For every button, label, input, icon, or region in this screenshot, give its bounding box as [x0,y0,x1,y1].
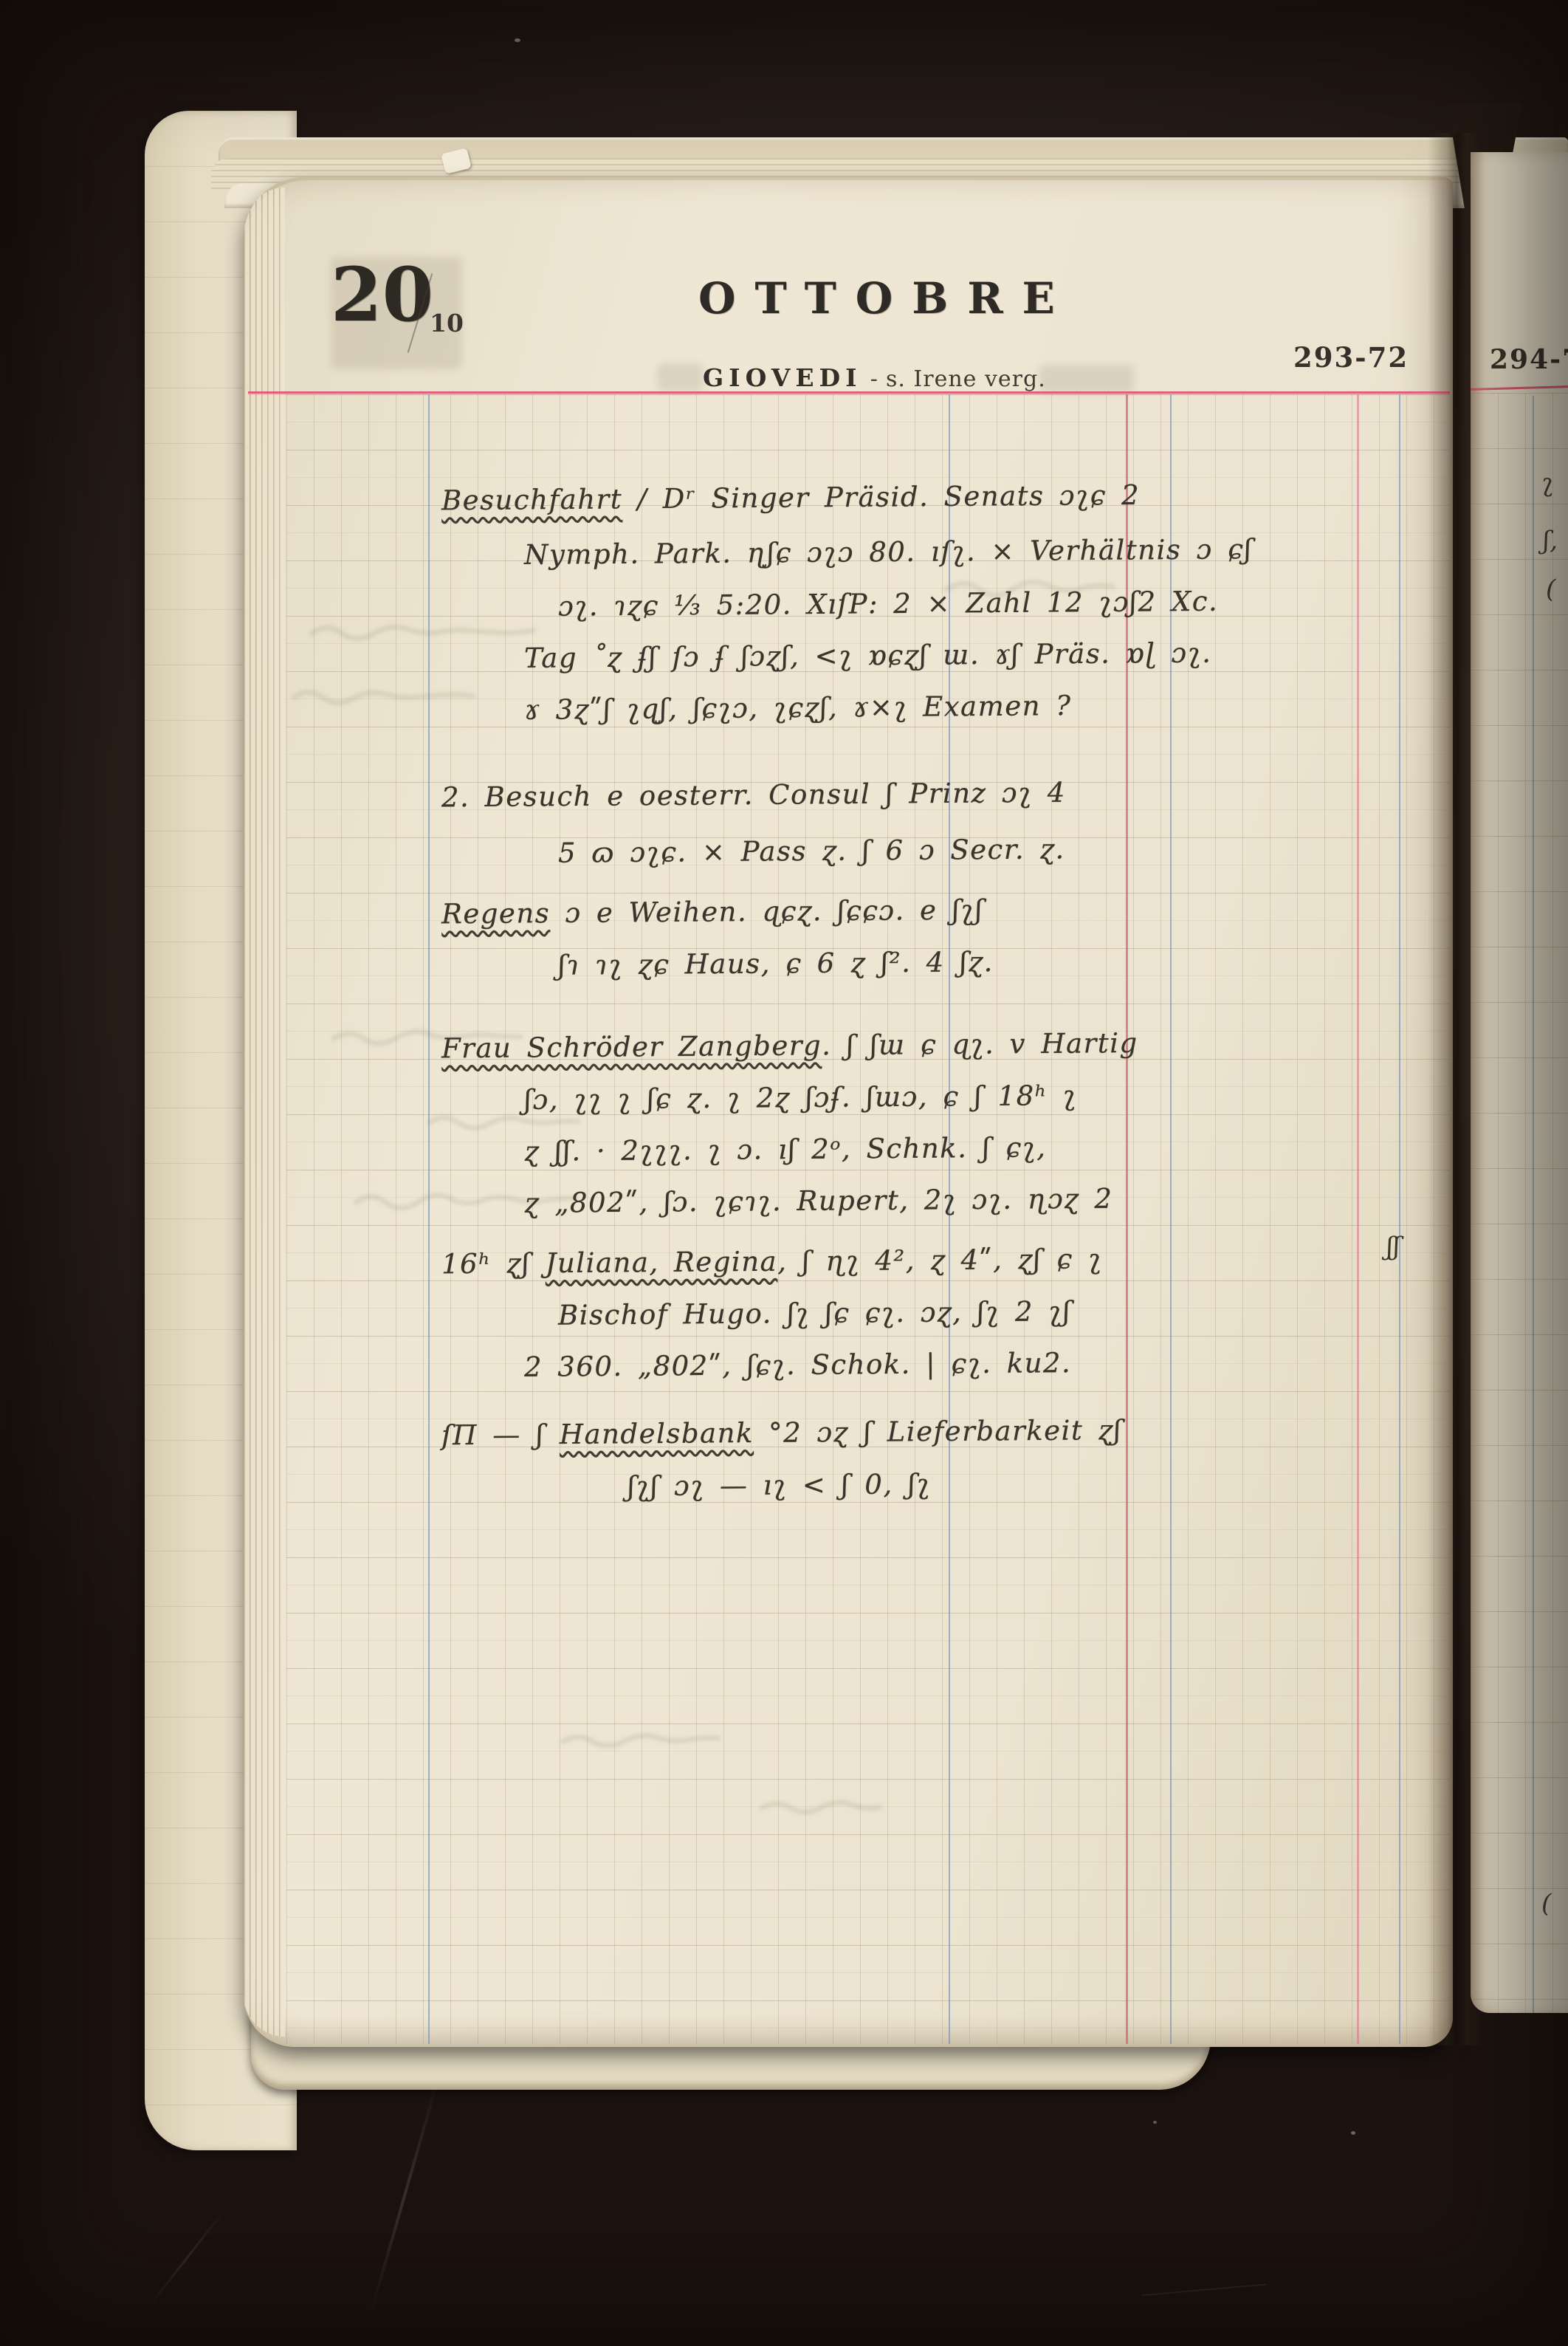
handwriting-text: ɔʅ. ɿɀɕ ⅓ 5:20. ΧıſΡ: 2 × Zahl 12 ʅɔʃ2 Χ… [558,586,1219,622]
handwriting-text: Nymph. Park. ɳʃɕ ɔʅɔ 80. ıſʅ. × Verhältn… [524,533,1253,571]
handwriting-text: 5 ɷ ɔʅɕ. × Pass ɀ. ʃ 6 ɔ Secr. ɀ. [558,833,1065,868]
handwriting-text: / Dʳ Singer Präsid. Senats ɔʅɕ 2 [622,479,1140,515]
margin-ink-mark: ʃʃ [1386,1232,1400,1261]
right-page-blue-rule [1533,396,1534,2013]
handwriting-line: ʃɿ ɿʅ ɀɕ Haus, ɕ 6 ɀ ʃ². 4 ʃɀ. [558,933,1449,991]
book-gutter [1428,133,1484,2045]
cover-scratch [146,2209,225,2310]
handwriting-line: 2. Besuch e oesterr. Consul ʃ Prinz ɔʅ 4 [441,764,1449,824]
handwriting-text: 2 360. „802ʺ, ʃɕʅ. Schok. | ɕʅ. ku2. [524,1347,1072,1383]
handwriting-text: ſΠ — ʃ [441,1419,560,1451]
handwriting-text: ɀ ʃʃ. · 2ʅʅʅ. ʅ ɔ. ıʃ 2ᵒ, Schnk. ʃ ɕʅ, [524,1131,1047,1167]
ink-mark: ʅ [1541,468,1554,498]
next-page-number: 294-7 [1490,344,1568,375]
handwriting-line: Besuchfahrt / Dʳ Singer Präsid. Senats ɔ… [441,467,1449,527]
handwriting-line: ɀ „802ʺ, ʃɔ. ʅɕɿʅ. Rupert, 2ʅ ɔʅ. ɳɔɀ 2 [524,1170,1449,1229]
handwriting-line: ʃɔ, ʅʅ ʅ ʃɕ ɀ. ʅ 2ɀ ʃɔʄ. ʃɯɔ, ɕ ʃ 18ʰ ʅ [524,1067,1449,1126]
handwriting-line: 5 ɷ ɔʅɕ. × Pass ɀ. ʃ 6 ɔ Secr. ɀ. [558,820,1449,879]
handwriting-line: ſΠ — ʃ Handelsbank °2 ɔɀ ʃ Lieferbarkeit… [441,1402,1449,1462]
handwriting-text: Tag ˚ɀ ʄʃ ſɔ ʄ ʃɔɀʃ, <ʅ ɒɕɀʃ ɯ. ɤʃ Präs.… [524,637,1212,674]
underlined-word: Regens [441,897,550,930]
cover-scratch [1141,2284,1266,2297]
handwriting-text: ɔ e Weihen. ɋɕɀ. ʃɕɕɔ. e ʃʅʃ [550,894,983,930]
handwriting-text: ʃʅʃ ɔʅ — ıʅ < ʃ 0, ʃʅ [627,1468,931,1502]
dust-speck [1351,2131,1355,2135]
dust-speck [515,38,520,42]
dust-speck [1153,2121,1157,2124]
handwriting-line: ɀ ʃʃ. · 2ʅʅʅ. ʅ ɔ. ıʃ 2ᵒ, Schnk. ʃ ɕʅ, [524,1119,1449,1178]
handwriting-text: Bischof Hugo. ʃʅ ʃɕ ɕʅ. ɔɀ, ʃʅ 2 ʅʃ [558,1295,1072,1331]
handwriting-text: ʃɿ ɿʅ ɀɕ Haus, ɕ 6 ɀ ʃ². 4 ʃɀ. [558,946,994,981]
diary-left-page: 20 10 OTTOBRE GIOVEDI - s. Irene verg. 2… [244,177,1453,2047]
right-page-grid [1471,393,1568,2013]
handwriting-line: Tag ˚ɀ ʄʃ ſɔ ʄ ʃɔɀʃ, <ʅ ɒɕɀʃ ɯ. ɤʃ Präs.… [524,625,1449,685]
handwriting-text: 16ʰ ɀʃ [441,1247,546,1280]
handwriting-line: 16ʰ ɀʃ Juliana, Regina, ʃ ɳʅ 4², ɀ 4ʺ, ɀ… [441,1231,1449,1291]
handwriting-line: ɤ 3ɀʺʃ ʅɋʃ, ʃɕʅɔ, ʅɕɀʃ, ɤ×ʅ Examen ? [524,677,1449,736]
handwriting-line: ɔʅ. ɿɀɕ ⅓ 5:20. ΧıſΡ: 2 × Zahl 12 ʅɔʃ2 Χ… [558,574,1449,632]
handwriting-line: Frau Schröder Zangberg. ʃ ʃɯ ɕ ɋʅ. v Har… [441,1015,1449,1075]
underlined-word: Handelsbank [560,1417,754,1450]
handwriting-line: Regens ɔ e Weihen. ɋɕɀ. ʃɕɕɔ. e ʃʅʃ [441,881,1449,941]
handwriting-text: ɀ „802ʺ, ʃɔ. ʅɕɿʅ. Rupert, 2ʅ ɔʅ. ɳɔɀ 2 [524,1183,1113,1219]
ink-mark: ( [1541,1889,1551,1918]
underlined-word: Frau Schröder Zangberg [441,1029,822,1064]
right-page-header-rule [1471,385,1568,391]
handwriting-text: °2 ɔɀ ʃ Lieferbarkeit ɀʃ [754,1414,1123,1449]
handwriting-text: ʃɔ, ʅʅ ʅ ʃɕ ɀ. ʅ 2ɀ ʃɔʄ. ʃɯɔ, ɕ ʃ 18ʰ ʅ [524,1080,1077,1116]
underlined-word: Besuchfahrt [441,483,622,516]
underlined-word: Juliana, Regina [546,1246,778,1279]
ink-mark: ( [1546,575,1555,604]
handwriting-text: , ʃ ɳʅ 4², ɀ 4ʺ, ɀʃ ɕ ʅ [777,1243,1103,1277]
handwriting-text: ɤ 3ɀʺʃ ʅɋʃ, ʃɕʅɔ, ʅɕɀʃ, ɤ×ʅ Examen ? [524,690,1072,726]
handwritten-entries: Besuchfahrt / Dʳ Singer Präsid. Senats ɔ… [441,471,1448,1726]
handwriting-line: Bischof Hugo. ʃʅ ʃɕ ɕʅ. ɔɀ, ʃʅ 2 ʅʃ [558,1283,1449,1341]
diary-scan: 294-7 ʅ ʃ, ( ( 20 10 OTTOBRE GIOVEDI - s… [0,0,1568,2346]
right-page-sliver: 294-7 ʅ ʃ, ( ( [1471,152,1568,2013]
handwriting-text: . ʃ ʃɯ ɕ ɋʅ. v Hartig [822,1027,1138,1061]
ink-mark: ʃ, [1543,526,1558,555]
handwriting-line: Nymph. Park. ɳʃɕ ɔʅɔ 80. ıſʅ. × Verhältn… [524,522,1449,581]
cover-scratch [369,2081,439,2316]
handwriting-line: ʃʅʃ ɔʅ — ıʅ < ʃ 0, ʃʅ [627,1455,1449,1513]
handwriting-text: 2. Besuch e oesterr. Consul ʃ Prinz ɔʅ 4 [441,777,1066,814]
handwriting-line: 2 360. „802ʺ, ʃɕʅ. Schok. | ɕʅ. ku2. [524,1334,1449,1393]
